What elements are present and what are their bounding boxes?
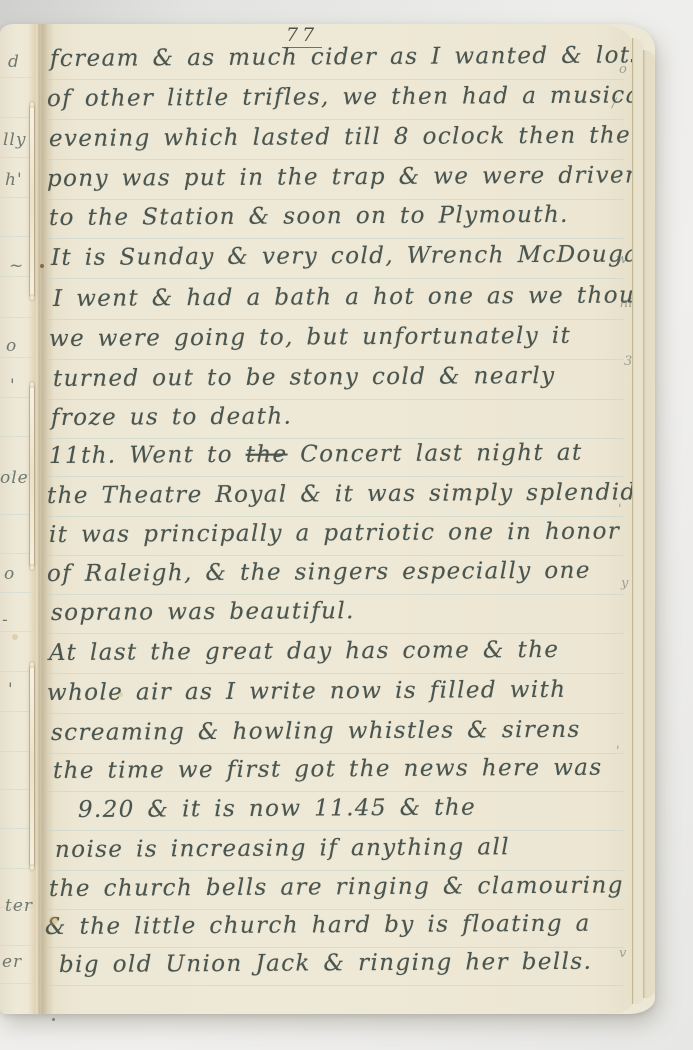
- manuscript-line: At last the great day has come & the: [49, 637, 560, 680]
- facing-page-ruled-line: [0, 553, 34, 554]
- under-page-edge-2: [643, 50, 655, 998]
- manuscript-line: to the Station & soon on to Plymouth.: [49, 202, 569, 245]
- paper-stain: [118, 692, 123, 697]
- binding-stitch: [30, 106, 34, 296]
- margin-fragment: o: [6, 336, 17, 356]
- margin-fragment: o: [4, 564, 15, 584]
- facing-page-ruled-line: [0, 157, 34, 158]
- manuscript-line: I went & had a bath a hot one as we thou…: [53, 282, 634, 326]
- facing-page-ruled-line: [0, 592, 34, 593]
- facing-page-ruled-line: [0, 317, 34, 318]
- edge-ink-mark: ': [616, 744, 620, 759]
- manuscript-line: & the little church hard by is floating …: [45, 911, 591, 954]
- manuscript-line: it was principally a patriotic one in ho…: [49, 519, 621, 562]
- binding-stitch: [30, 386, 34, 566]
- facing-page-ruled-line: [0, 631, 34, 632]
- binding-stitch: [30, 666, 34, 866]
- manuscript-line: 9.20 & it is now 11.45 & the: [78, 795, 476, 837]
- margin-fragment: ter: [5, 896, 33, 916]
- edge-ink-mark: w: [616, 252, 627, 267]
- facing-page-ruled-line: [0, 868, 34, 869]
- facing-page-ruled-line: [0, 711, 34, 712]
- facing-page-ruled-line: [0, 671, 34, 672]
- paper-stain: [40, 264, 44, 268]
- facing-page-ruled-line: [0, 945, 34, 946]
- manuscript-line: whole air as I write now is filled with: [47, 677, 567, 720]
- margin-fragment: ': [8, 680, 14, 700]
- edge-ink-mark: o: [619, 62, 627, 77]
- facing-page-ruled-line: [0, 197, 34, 198]
- manuscript-line: soprano was beautiful.: [51, 598, 355, 640]
- scanned-diary-photo: 77 fcream & as much cider as I wanted & …: [0, 0, 693, 1050]
- manuscript-line: It is Sunday & very cold, Wrench McDouga…: [51, 241, 634, 285]
- struck-word: the: [246, 442, 288, 468]
- manuscript-line: of Raleigh, & the singers especially one: [47, 558, 591, 601]
- facing-page-ruled-line: [0, 436, 34, 437]
- facing-page-ruled-line: [0, 983, 34, 984]
- margin-fragment: h': [5, 170, 23, 190]
- facing-page-ruled-line: [0, 276, 34, 277]
- facing-page-ruled-line: [0, 789, 34, 790]
- diary-page: 77 fcream & as much cider as I wanted & …: [40, 24, 634, 1014]
- facing-page-ruled-line: [0, 828, 34, 829]
- margin-fragment: lly: [3, 130, 26, 150]
- manuscript-line: the time we first got the news here was: [53, 755, 603, 798]
- paper-stain: [52, 1018, 55, 1021]
- manuscript-line: of other little trifles, we then had a m…: [47, 82, 634, 126]
- manuscript-line: fcream & as much cider as I wanted & lot…: [50, 42, 634, 86]
- manuscript-line: turned out to be stony cold & nearly: [53, 363, 556, 406]
- facing-page-ruled-line: [0, 236, 34, 237]
- edge-ink-mark: ': [618, 502, 622, 517]
- margin-fragment: -: [2, 610, 9, 630]
- edge-ink-mark: /: [612, 96, 616, 111]
- facing-page-ruled-line: [0, 397, 34, 398]
- margin-fragment: d: [8, 52, 20, 72]
- notebook: 77 fcream & as much cider as I wanted & …: [0, 24, 655, 1014]
- manuscript-line: we were going to, but unfortunately it: [49, 323, 572, 366]
- manuscript-line: noise is increasing if anything all: [55, 834, 510, 877]
- margin-fragment: er: [2, 952, 22, 972]
- margin-fragment: ole: [0, 468, 29, 488]
- margin-fragment: ~: [9, 256, 24, 276]
- manuscript-line: screaming & howling whistles & sirens: [51, 717, 581, 760]
- paper-stain: [49, 916, 58, 925]
- paper-stain: [12, 634, 18, 640]
- facing-page-ruled-line: [0, 514, 34, 515]
- manuscript-line: big old Union Jack & ringing her bells.: [59, 949, 593, 992]
- edge-ink-mark: v: [619, 946, 626, 961]
- facing-page-ruled-line: [0, 357, 34, 358]
- edge-ink-mark: hi: [620, 296, 633, 311]
- manuscript-line: the church bells are ringing & clamourin…: [49, 872, 624, 916]
- margin-fragment: ': [10, 376, 16, 396]
- facing-page-ruled-line: [0, 77, 34, 78]
- manuscript-line: pony was put in the trap & we were drive…: [47, 162, 634, 206]
- manuscript-line: the Theatre Royal & it was simply splend…: [47, 479, 634, 523]
- manuscript-line: froze us to death.: [51, 404, 293, 445]
- facing-page-ruled-line: [0, 751, 34, 752]
- edge-ink-mark: y: [621, 576, 628, 591]
- edge-ink-mark: 3: [624, 354, 632, 369]
- manuscript-line: 11th. Went to the Concert last night at: [49, 440, 583, 483]
- manuscript-line: evening which lasted till 8 oclock then …: [49, 122, 631, 166]
- facing-page-ruled-line: [0, 117, 34, 118]
